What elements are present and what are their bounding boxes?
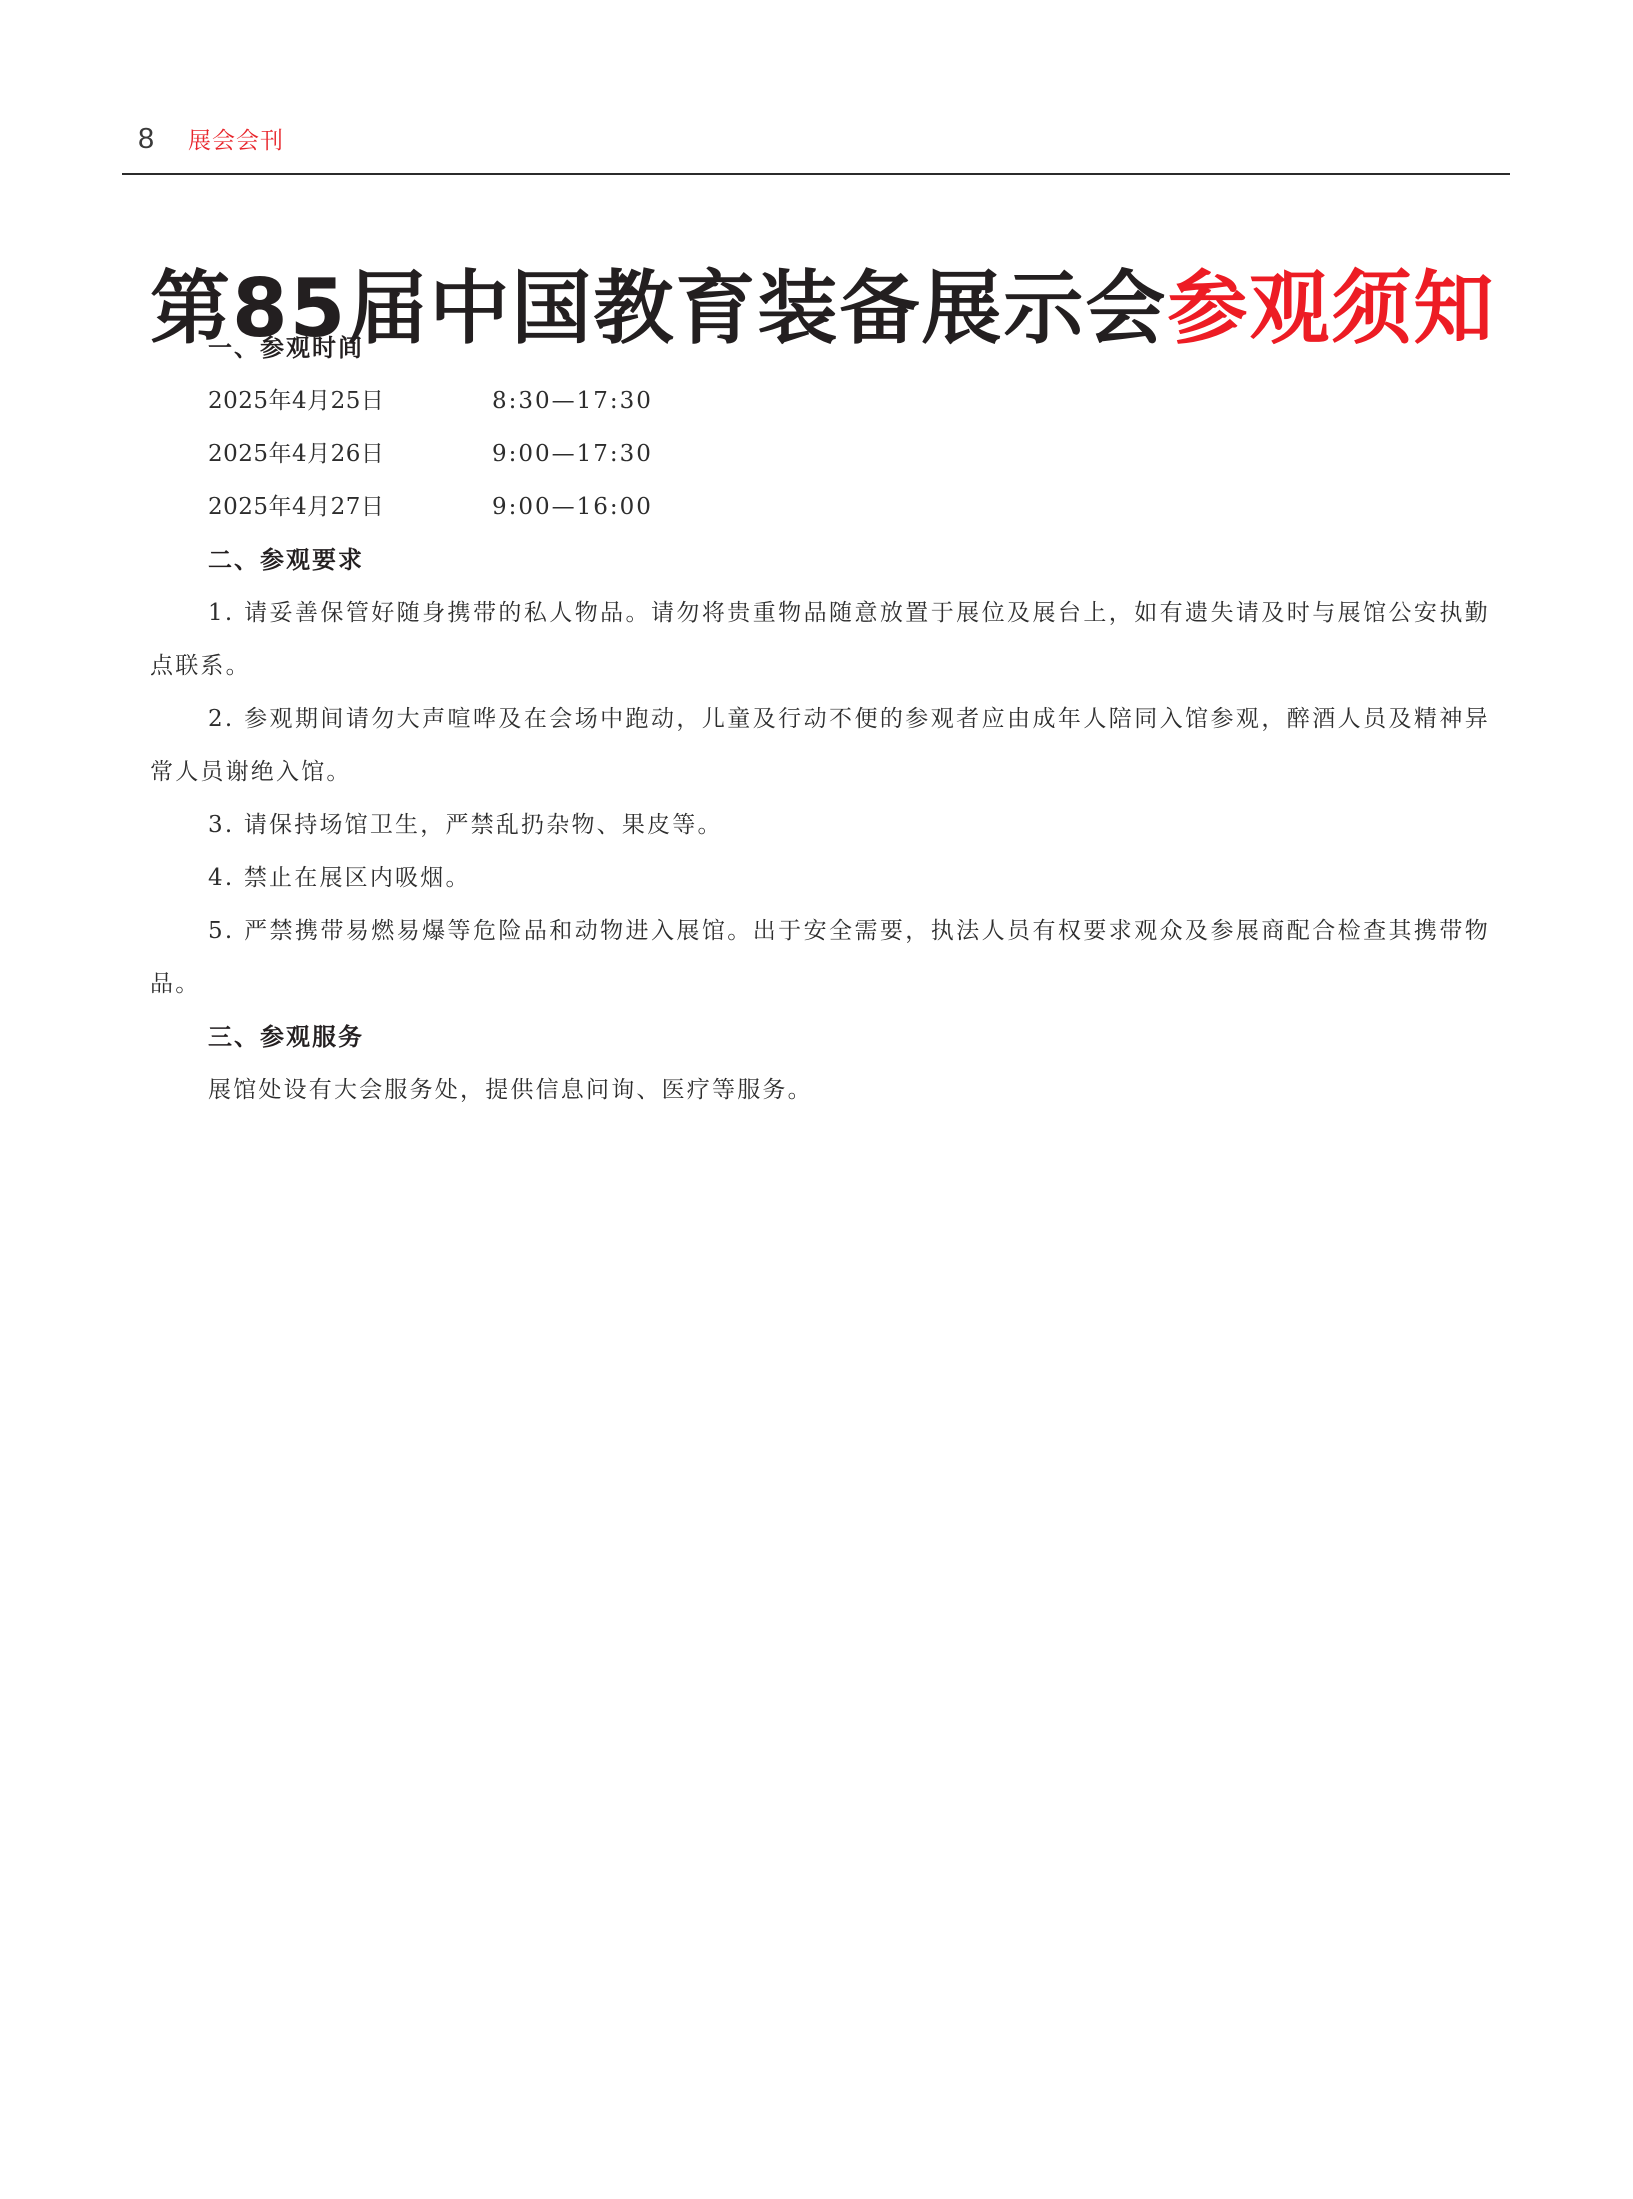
magazine-name: 展会会刊	[188, 122, 284, 155]
page-header: 8 展会会刊	[138, 122, 284, 162]
requirement-item: 2. 参观期间请勿大声喧哗及在会场中跑动，儿童及行动不便的参观者应由成年人陪同入…	[150, 693, 1490, 799]
schedule-date: 2025年4月27日	[208, 481, 492, 534]
requirement-item: 5. 严禁携带易燃易爆等危险品和动物进入展馆。出于安全需要，执法人员有权要求观众…	[150, 905, 1490, 1011]
schedule-time: 8:30—17:30	[492, 375, 653, 428]
schedule-row: 2025年4月25日 8:30—17:30	[150, 375, 1490, 428]
requirement-item: 1. 请妥善保管好随身携带的私人物品。请勿将贵重物品随意放置于展位及展台上，如有…	[150, 587, 1490, 693]
schedule-row: 2025年4月27日 9:00—16:00	[150, 481, 1490, 534]
schedule-time: 9:00—16:00	[492, 481, 653, 534]
schedule-time: 9:00—17:30	[492, 428, 653, 481]
notice-content: 一、参观时间 2025年4月25日 8:30—17:30 2025年4月26日 …	[150, 322, 1490, 1117]
page-number: 8	[138, 123, 188, 156]
schedule-row: 2025年4月26日 9:00—17:30	[150, 428, 1490, 481]
section-heading-visit-time: 一、参观时间	[150, 322, 1490, 375]
section-heading-visit-services: 三、参观服务	[150, 1011, 1490, 1064]
services-text: 展馆处设有大会服务处，提供信息问询、医疗等服务。	[150, 1064, 1490, 1117]
requirement-item: 3. 请保持场馆卫生，严禁乱扔杂物、果皮等。	[150, 799, 1490, 852]
section-heading-visit-requirements: 二、参观要求	[150, 534, 1490, 587]
requirement-item: 4. 禁止在展区内吸烟。	[150, 852, 1490, 905]
header-divider	[122, 173, 1510, 175]
schedule-date: 2025年4月25日	[208, 375, 492, 428]
schedule-date: 2025年4月26日	[208, 428, 492, 481]
